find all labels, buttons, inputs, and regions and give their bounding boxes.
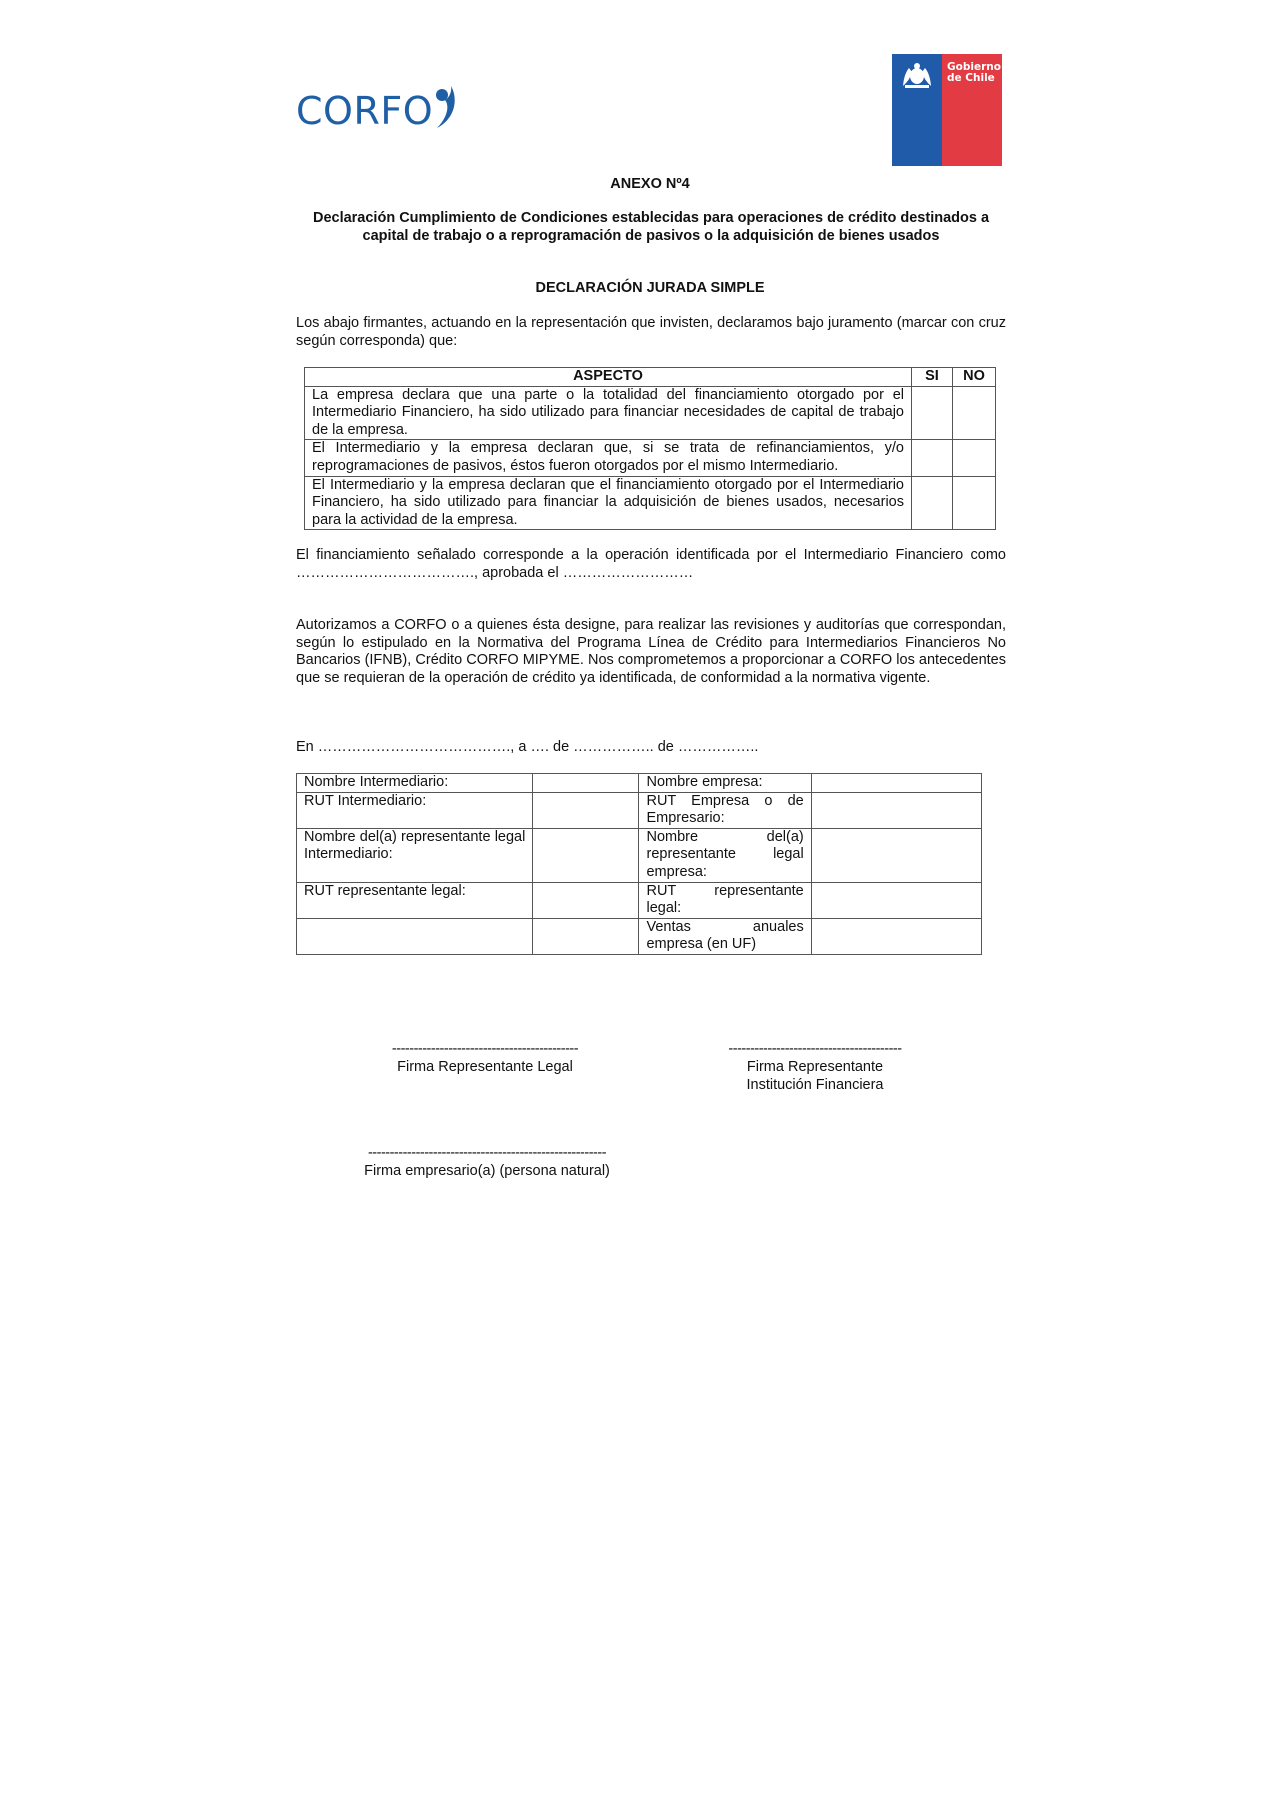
- table-header-row: ASPECTO SI NO: [305, 368, 996, 387]
- field-representante-empresa[interactable]: [811, 828, 981, 882]
- label-rut-representante-empresa: RUT representante legal:: [639, 882, 811, 918]
- aspect-text: El Intermediario y la empresa declaran q…: [305, 476, 912, 530]
- signature-line: ----------------------------------------: [700, 1040, 930, 1058]
- signature-label-line2: Institución Financiera: [700, 1076, 930, 1094]
- label-rut-representante-intermediario: RUT representante legal:: [297, 882, 533, 918]
- gobierno-de-chile-logo: Gobierno de Chile: [892, 54, 1002, 166]
- aspect-text: El Intermediario y la empresa declaran q…: [305, 440, 912, 476]
- identification-table: Nombre Intermediario: Nombre empresa: RU…: [296, 773, 982, 955]
- declaration-title: Declaración Cumplimiento de Condiciones …: [296, 209, 1006, 245]
- declaracion-jurada-heading: DECLARACIÓN JURADA SIMPLE: [0, 280, 1280, 296]
- label-ventas-anuales: Ventas anuales empresa (en UF): [639, 918, 811, 954]
- label-representante-empresa: Nombre del(a) representante legal empres…: [639, 828, 811, 882]
- signature-label: Firma Representante Legal: [365, 1058, 605, 1076]
- table-row: Ventas anuales empresa (en UF): [297, 918, 982, 954]
- intro-paragraph: Los abajo firmantes, actuando en la repr…: [296, 315, 1006, 350]
- field-nombre-empresa[interactable]: [811, 774, 981, 793]
- signature-financial-institution: ----------------------------------------…: [700, 1040, 930, 1094]
- checkbox-si-3[interactable]: [912, 476, 953, 530]
- operation-paragraph: El financiamiento señalado corresponde a…: [296, 547, 1006, 582]
- header-aspecto: ASPECTO: [305, 368, 912, 387]
- label-empty: [297, 918, 533, 954]
- header-si: SI: [912, 368, 953, 387]
- label-nombre-empresa: Nombre empresa:: [639, 774, 811, 793]
- field-rut-intermediario[interactable]: [533, 792, 639, 828]
- signature-legal-representative: ----------------------------------------…: [365, 1040, 605, 1076]
- table-row: Nombre Intermediario: Nombre empresa:: [297, 774, 982, 793]
- aspect-text: La empresa declara que una parte o la to…: [305, 386, 912, 440]
- checkbox-no-3[interactable]: [953, 476, 996, 530]
- checkbox-si-1[interactable]: [912, 386, 953, 440]
- field-ventas-anuales[interactable]: [811, 918, 981, 954]
- checkbox-no-1[interactable]: [953, 386, 996, 440]
- aspect-checklist-table: ASPECTO SI NO La empresa declara que una…: [304, 367, 996, 530]
- signature-entrepreneur: ----------------------------------------…: [337, 1144, 637, 1180]
- signature-line: ----------------------------------------…: [337, 1144, 637, 1162]
- label-nombre-intermediario: Nombre Intermediario:: [297, 774, 533, 793]
- document-page: CORFO Gobierno de Chile ANEXO: [0, 0, 1280, 1809]
- signature-label: Firma empresario(a) (persona natural): [337, 1162, 637, 1180]
- table-row: RUT representante legal: RUT representan…: [297, 882, 982, 918]
- table-row: Nombre del(a) representante legal Interm…: [297, 828, 982, 882]
- table-row: La empresa declara que una parte o la to…: [305, 386, 996, 440]
- table-row: El Intermediario y la empresa declaran q…: [305, 476, 996, 530]
- field-nombre-intermediario[interactable]: [533, 774, 639, 793]
- gobierno-logo-line2: de Chile: [947, 73, 1001, 84]
- label-rut-empresa: RUT Empresa o de Empresario:: [639, 792, 811, 828]
- field-rut-empresa[interactable]: [811, 792, 981, 828]
- field-rut-representante-intermediario[interactable]: [533, 882, 639, 918]
- field-empty: [533, 918, 639, 954]
- table-row: RUT Intermediario: RUT Empresa o de Empr…: [297, 792, 982, 828]
- corfo-person-icon: [431, 84, 457, 130]
- corfo-logo-text: CORFO: [296, 92, 433, 130]
- label-rut-intermediario: RUT Intermediario:: [297, 792, 533, 828]
- table-row: El Intermediario y la empresa declaran q…: [305, 440, 996, 476]
- anexo-title: ANEXO Nº4: [0, 176, 1280, 192]
- corfo-logo: CORFO: [296, 80, 457, 130]
- field-representante-intermediario[interactable]: [533, 828, 639, 882]
- coat-of-arms-icon: [900, 62, 934, 90]
- place-date-line: En …………………………………., a …. de …………….. de ………: [296, 739, 1006, 757]
- signature-label-line1: Firma Representante: [700, 1058, 930, 1076]
- label-representante-intermediario: Nombre del(a) representante legal Interm…: [297, 828, 533, 882]
- checkbox-no-2[interactable]: [953, 440, 996, 476]
- checkbox-si-2[interactable]: [912, 440, 953, 476]
- header-no: NO: [953, 368, 996, 387]
- signature-line: ----------------------------------------…: [365, 1040, 605, 1058]
- field-rut-representante-empresa[interactable]: [811, 882, 981, 918]
- authorization-paragraph: Autorizamos a CORFO o a quienes ésta des…: [296, 617, 1006, 687]
